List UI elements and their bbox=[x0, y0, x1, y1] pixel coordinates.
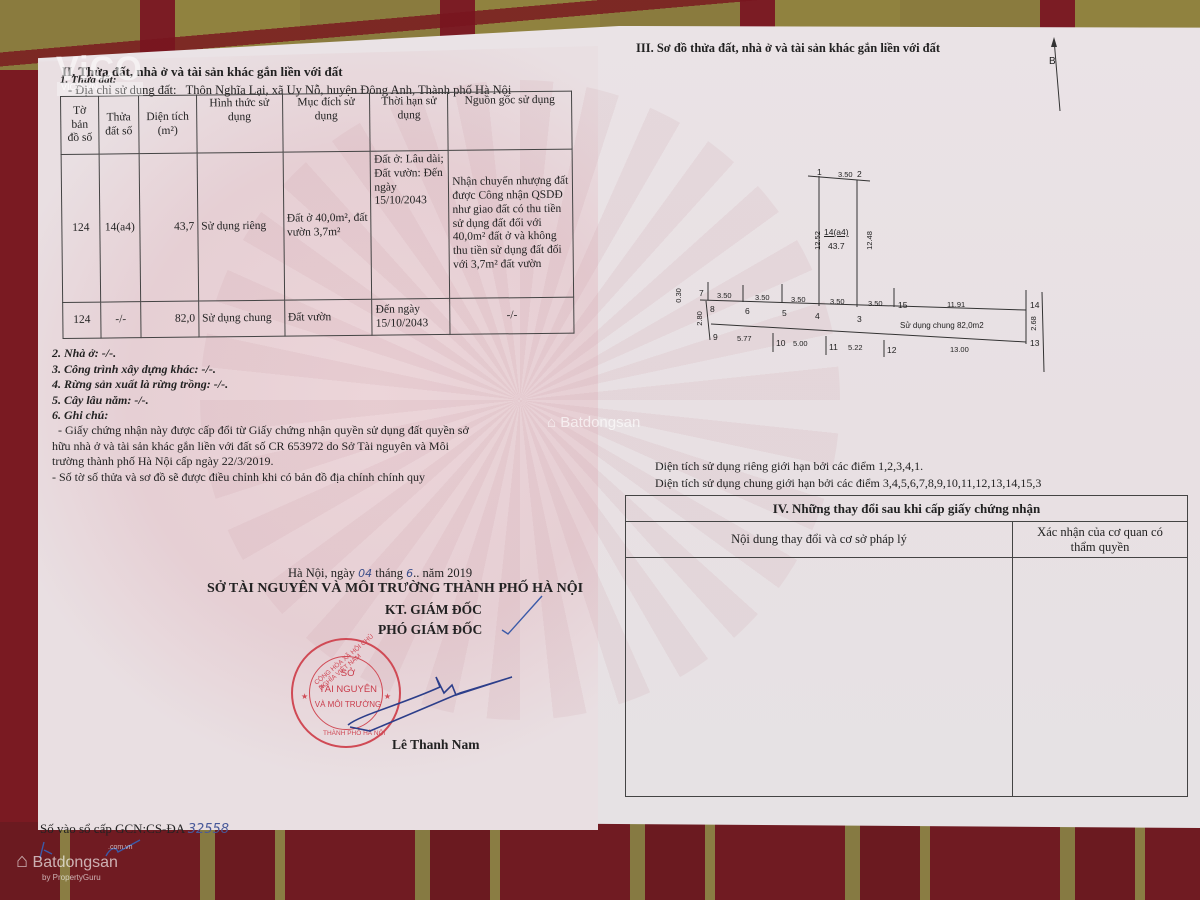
batdongsan-watermark-center: ⌂ Batdongsan bbox=[547, 414, 640, 431]
shared-area-boundary-text: Diện tích sử dụng chung giới hạn bởi các… bbox=[655, 476, 1041, 491]
batdongsan-watermark-sub: by PropertyGuru bbox=[16, 873, 118, 882]
changes-confirmation-cell bbox=[1013, 558, 1188, 797]
changes-after-issuance-table: IV. Những thay đổi sau khi cấp giấy chứn… bbox=[625, 495, 1188, 797]
edge-8-9-length: 2.80 bbox=[695, 311, 704, 326]
parcel-number-label: 14(a4) bbox=[824, 227, 849, 237]
edge-9-10-length: 5.77 bbox=[737, 334, 752, 343]
edge-2-3-length: 12.48 bbox=[865, 231, 874, 250]
edge-12-13-length: 13.00 bbox=[950, 345, 969, 354]
private-area-boundary-text: Diện tích sử dụng riêng giới hạn bởi các… bbox=[655, 459, 923, 474]
edge-3-15-length: 3.50 bbox=[868, 299, 883, 308]
edge-11-12-length: 5.22 bbox=[848, 343, 863, 352]
changes-col-confirmation-header: Xác nhận của cơ quan có thẩm quyền bbox=[1013, 522, 1188, 558]
point-1: 1 bbox=[817, 167, 822, 177]
land-use-certificate: II. Thửa đất, nhà ở và tài sản khác gắn … bbox=[0, 0, 1200, 900]
edge-7-8-length: 0.30 bbox=[674, 288, 683, 303]
vico-watermark-sub: VICO.VN bbox=[57, 82, 143, 96]
point-4: 4 bbox=[815, 311, 820, 321]
point-10: 10 bbox=[776, 338, 785, 348]
batdongsan-watermark-bottom: ⌂ Batdongsan .com.vn by PropertyGuru bbox=[16, 850, 118, 882]
point-7: 7 bbox=[699, 288, 704, 298]
edge-10-11-length: 5.00 bbox=[793, 339, 808, 348]
point-11: 11 bbox=[829, 342, 838, 352]
batdongsan-logo-icon: ⌂ bbox=[16, 850, 28, 872]
parcel-area-label: 43.7 bbox=[828, 241, 845, 251]
point-5: 5 bbox=[782, 308, 787, 318]
batdongsan-watermark-text: Batdongsan bbox=[33, 854, 118, 871]
point-8: 8 bbox=[710, 304, 715, 314]
changes-col-content-header: Nội dung thay đổi và cơ sở pháp lý bbox=[626, 522, 1013, 558]
edge-7-6-length: 3.50 bbox=[717, 291, 732, 300]
point-2: 2 bbox=[857, 169, 862, 179]
batdongsan-logo-icon: ⌂ bbox=[547, 414, 556, 431]
batdongsan-watermark-text: Batdongsan bbox=[560, 414, 640, 431]
batdongsan-watermark-tld: .com.vn bbox=[108, 844, 133, 851]
edge-14-13-length: 2.68 bbox=[1029, 316, 1038, 331]
point-12: 12 bbox=[887, 345, 896, 355]
point-9: 9 bbox=[713, 332, 718, 342]
point-15: 15 bbox=[898, 300, 907, 310]
point-3: 3 bbox=[857, 314, 862, 324]
changes-content-cell bbox=[626, 558, 1013, 797]
edge-15-14-length: 11.91 bbox=[947, 300, 965, 309]
edge-5-4-length: 3.50 bbox=[791, 295, 806, 304]
edge-1-4-length: 12.52 bbox=[813, 231, 822, 250]
edge-6-5-length: 3.50 bbox=[755, 293, 770, 302]
edge-4-3-length: 3.50 bbox=[830, 297, 845, 306]
shared-area-label: Sử dụng chung 82,0m2 bbox=[900, 321, 984, 330]
point-6: 6 bbox=[745, 306, 750, 316]
changes-table-title: IV. Những thay đổi sau khi cấp giấy chứn… bbox=[626, 496, 1188, 522]
point-14: 14 bbox=[1030, 300, 1039, 310]
edge-1-2-length: 3.50 bbox=[838, 170, 853, 179]
point-13: 13 bbox=[1030, 338, 1039, 348]
